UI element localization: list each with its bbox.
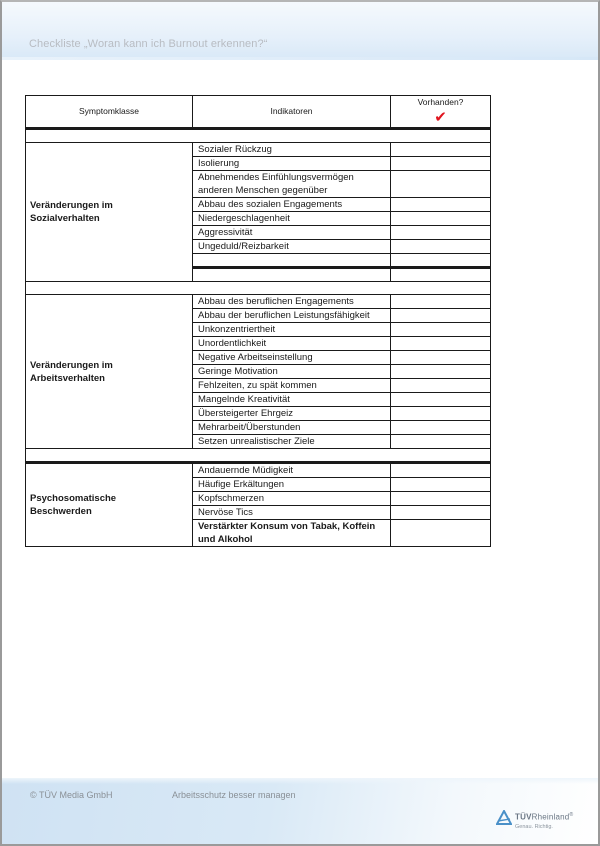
present-checkbox-cell[interactable] [391,337,491,351]
header-band [2,2,598,60]
document-title: Checkliste „Woran kann ich Burnout erken… [29,38,267,50]
present-checkbox-cell[interactable] [391,492,491,506]
indicator-cell: Setzen unrealistischer Ziele [193,435,391,449]
indicator-cell: Mehrarbeit/Überstunden [193,421,391,435]
present-checkbox-cell[interactable] [391,506,491,520]
indicator-cell: Mangelnde Kreativität [193,393,391,407]
logo-brand: TÜV [515,813,532,822]
indicator-cell: Abbau des beruflichen Engagements [193,295,391,309]
present-checkbox-cell[interactable] [391,323,491,337]
indicator-cell: Ungeduld/Reizbarkeit [193,240,391,254]
table-header-row: Symptomklasse Indikatoren Vorhanden? ✔ [26,96,491,129]
indicator-cell: Sozialer Rückzug [193,143,391,157]
present-checkbox-cell[interactable] [391,351,491,365]
present-checkbox-cell[interactable] [391,478,491,492]
section-spacer-row [26,282,491,295]
present-checkbox-cell[interactable] [391,143,491,157]
header-present-label: Vorhanden? [418,97,464,107]
logo-slogan: Genau. Richtig. [515,824,553,830]
symptom-class-cell: Veränderungen im Sozialverhalten [26,143,193,282]
indicator-cell: Abnehmendes Einfühlungsvermögen anderen … [193,171,391,198]
present-checkbox-cell[interactable] [391,463,491,478]
logo-name: TÜVRheinland® [515,812,573,822]
spacer-cell [26,129,491,143]
symptom-class-cell: Veränderungen im Arbeitsverhalten [26,295,193,449]
table-row: Veränderungen im SozialverhaltenSozialer… [26,143,491,157]
symptom-class-cell: Psychosomatische Beschwerden [26,463,193,547]
present-checkbox-cell[interactable] [391,435,491,449]
present-checkbox-cell[interactable] [391,226,491,240]
indicator-cell: Verstärkter Konsum von Tabak, Koffein un… [193,520,391,547]
checklist-table: Symptomklasse Indikatoren Vorhanden? ✔ V… [25,95,491,547]
indicator-cell [193,268,391,282]
present-checkbox-cell[interactable] [391,421,491,435]
present-checkbox-cell[interactable] [391,365,491,379]
footer-copyright: © TÜV Media GmbH [30,790,113,800]
indicator-cell: Übersteigerter Ehrgeiz [193,407,391,421]
present-checkbox-cell[interactable] [391,157,491,171]
checkmark-icon: ✔ [395,110,486,125]
present-checkbox-cell[interactable] [391,295,491,309]
spacer-cell [26,282,491,295]
section-spacer-row [26,449,491,463]
indicator-cell: Abbau des sozialen Engagements [193,198,391,212]
indicator-cell: Geringe Motivation [193,365,391,379]
tuv-rheinland-logo: TÜVRheinland® Genau. Richtig. [496,808,596,838]
indicator-cell: Niedergeschlagenheit [193,212,391,226]
indicator-cell: Andauernde Müdigkeit [193,463,391,478]
header-indicators: Indikatoren [193,96,391,129]
present-checkbox-cell[interactable] [391,254,491,268]
indicator-cell: Unordentlichkeit [193,337,391,351]
present-checkbox-cell[interactable] [391,309,491,323]
checklist-table-container: Symptomklasse Indikatoren Vorhanden? ✔ V… [25,95,490,547]
logo-brand-rest: Rheinland [532,813,570,822]
present-checkbox-cell[interactable] [391,520,491,547]
header-symptom-class: Symptomklasse [26,96,193,129]
spacer-cell [26,449,491,463]
present-checkbox-cell[interactable] [391,240,491,254]
present-checkbox-cell[interactable] [391,198,491,212]
present-checkbox-cell[interactable] [391,171,491,198]
present-checkbox-cell[interactable] [391,212,491,226]
present-checkbox-cell[interactable] [391,379,491,393]
present-checkbox-cell[interactable] [391,393,491,407]
indicator-cell: Aggressivität [193,226,391,240]
indicator-cell: Abbau der beruflichen Leistungsfähigkeit [193,309,391,323]
present-checkbox-cell[interactable] [391,268,491,282]
footer-tagline: Arbeitsschutz besser managen [172,790,296,800]
header-present: Vorhanden? ✔ [391,96,491,129]
table-row: Veränderungen im ArbeitsverhaltenAbbau d… [26,295,491,309]
indicator-cell: Häufige Erkältungen [193,478,391,492]
triangle-logo-icon [496,810,512,826]
indicator-cell: Negative Arbeitseinstellung [193,351,391,365]
indicator-cell: Nervöse Tics [193,506,391,520]
indicator-cell: Isolierung [193,157,391,171]
table-row: Psychosomatische BeschwerdenAndauernde M… [26,463,491,478]
indicator-cell: Kopfschmerzen [193,492,391,506]
checklist-body: Veränderungen im SozialverhaltenSozialer… [26,129,491,547]
indicator-cell [193,254,391,268]
indicator-cell: Unkonzentriertheit [193,323,391,337]
section-spacer-row [26,129,491,143]
indicator-cell: Fehlzeiten, zu spät kommen [193,379,391,393]
present-checkbox-cell[interactable] [391,407,491,421]
logo-registered: ® [569,812,573,818]
